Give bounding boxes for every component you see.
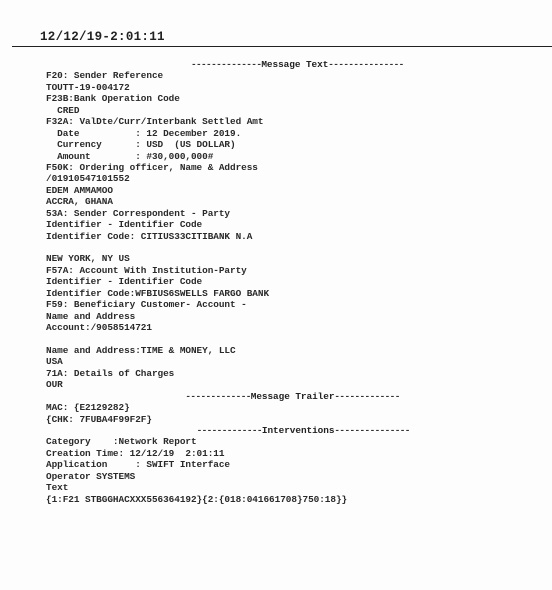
separator-dashes-left: ------------- [185, 391, 250, 402]
field-f59-label: F59: Beneficiary Customer- Account - [46, 299, 546, 310]
field-f59-name: Name and Address:TIME & MONEY, LLC [46, 345, 546, 356]
separator-indent [46, 391, 185, 402]
intervention-creation-time: Creation Time: 12/12/19 2:01:11 [46, 448, 546, 459]
field-53a-location: NEW YORK, NY US [46, 253, 546, 264]
field-f59-account: Account:/9058514721 [46, 322, 546, 333]
section-header-message-trailer: -------------Message Trailer------------… [46, 391, 546, 402]
intervention-operator: Operator SYSTEMS [46, 471, 546, 482]
field-f23b-label: F23B:Bank Operation Code [46, 93, 546, 104]
field-71a-label: 71A: Details of Charges [46, 368, 546, 379]
printed-swift-message-page: 12/12/19-2:01:11 --------------Message T… [0, 0, 552, 590]
separator-indent [46, 59, 191, 70]
section-header-message-text: --------------Message Text--------------… [46, 59, 546, 70]
field-f32a-amount: Amount : #30,000,000# [46, 151, 546, 162]
trailer-chk: {CHK: 7FUBA4F99F2F} [46, 414, 546, 425]
field-f20-label: F20: Sender Reference [46, 70, 546, 81]
field-f23b-value: CRED [46, 105, 546, 116]
ordering-name: EDEM AMMAMOO [46, 185, 113, 196]
section-title: Message Trailer [251, 391, 335, 402]
message-body: --------------Message Text--------------… [46, 59, 546, 505]
separator-dashes-right: --------------- [328, 59, 403, 70]
section-title: Interventions [262, 425, 335, 436]
section-header-interventions: -------------Interventions--------------… [46, 425, 546, 436]
field-f32a-label: F32A: ValDte/Curr/Interbank Settled Amt [46, 116, 546, 127]
field-f59-label-cont: Name and Address [46, 311, 546, 322]
separator-dashes-right: --------------- [334, 425, 409, 436]
intervention-text-value: {1:F21 STBGGHACXXX556364192}{2:{018:0416… [46, 494, 546, 505]
field-f57a-identifier-label: Identifier - Identifier Code [46, 276, 546, 287]
blank-line [46, 334, 546, 345]
field-71a-value: OUR [46, 379, 546, 390]
field-f50k-address: ACCRA, GHANA [46, 196, 546, 207]
field-f59-country: USA [46, 356, 546, 367]
print-timestamp: 12/12/19-2:01:11 [40, 30, 165, 44]
field-f50k-account: /01910547101552 [46, 173, 546, 184]
field-53a-identifier-label: Identifier - Identifier Code [46, 219, 546, 230]
intervention-application: Application : SWIFT Interface [46, 459, 546, 470]
trailer-mac: MAC: {E2129282} [46, 402, 546, 413]
separator-dashes-left: ------------- [197, 425, 262, 436]
intervention-text-label: Text [46, 482, 546, 493]
separator-dashes-left: -------------- [191, 59, 261, 70]
separator-indent [46, 425, 197, 436]
field-53a-identifier-code: Identifier Code: CITIUS33CITIBANK N.A [46, 231, 546, 242]
blank-line [46, 242, 546, 253]
intervention-category: Category :Network Report [46, 436, 546, 447]
field-f32a-date: Date : 12 December 2019. [46, 128, 546, 139]
field-f20-value: TOUTT-19-004172 [46, 82, 546, 93]
field-f50k-label: F50K: Ordering officer, Name & Address [46, 162, 546, 173]
field-f57a-label: F57A: Account With Institution-Party [46, 265, 546, 276]
field-f32a-currency: Currency : USD (US DOLLAR) [46, 139, 546, 150]
header-divider [12, 46, 552, 47]
field-53a-label: 53A: Sender Correspondent - Party [46, 208, 546, 219]
field-f57a-identifier-code: Identifier Code:WFBIUS6SWELLS FARGO BANK [46, 288, 546, 299]
separator-dashes-right: ------------- [334, 391, 399, 402]
section-title: Message Text [261, 59, 328, 70]
field-f50k-name: EDEM AMMAMOO [46, 185, 546, 196]
